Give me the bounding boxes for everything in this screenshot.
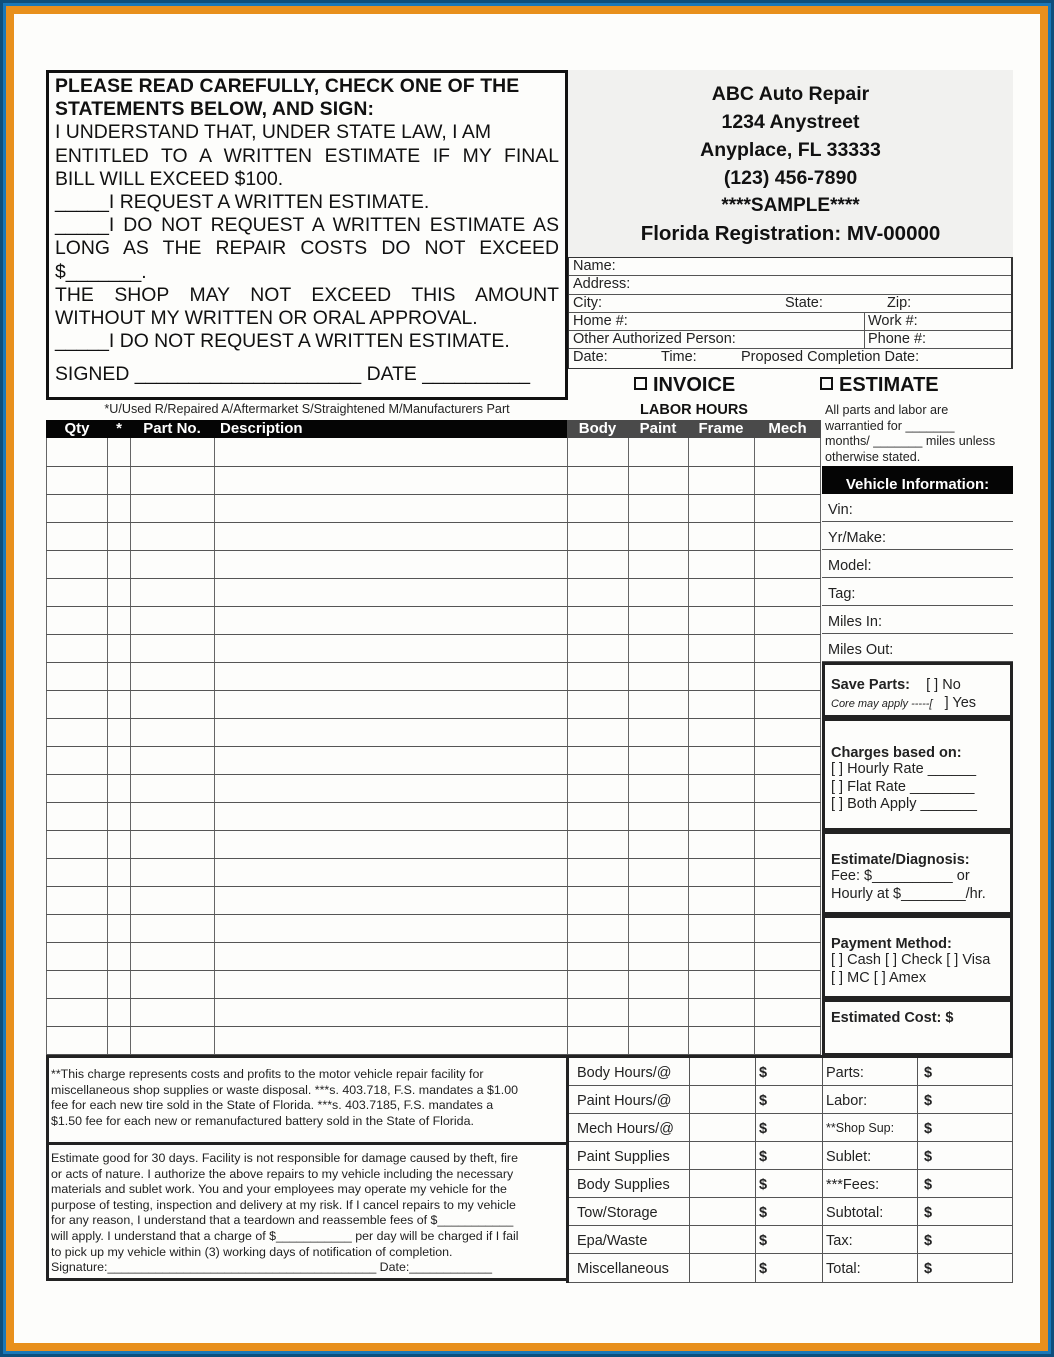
table-row-line (46, 1026, 568, 1027)
diagnosis-fee-field[interactable]: Fee: $__________ or (831, 868, 1010, 886)
charges-title: Charges based on: (831, 745, 1010, 761)
table-row-line (46, 494, 568, 495)
charge-amount-field[interactable]: $ (755, 1142, 822, 1169)
charge-hours-field[interactable] (689, 1058, 755, 1085)
charge-amount-field[interactable]: $ (755, 1114, 822, 1141)
table-row-line (46, 774, 568, 775)
consent-intro: BILL WILL EXCEED $100. (55, 168, 559, 191)
table-row-line (46, 690, 568, 691)
charge-label: Paint Hours/@ (568, 1086, 672, 1113)
yr-make-field[interactable]: Yr/Make: (822, 522, 1013, 550)
table-row-line (46, 942, 568, 943)
option-no-estimate-limit: LONG AS THE REPAIR COSTS DO NOT EXCEED (55, 237, 559, 260)
table-row-line (567, 606, 821, 607)
model-field[interactable]: Model: (822, 550, 1013, 578)
table-row-line (567, 1026, 821, 1027)
table-row-line (46, 718, 568, 719)
shop-name: ABC Auto Repair (568, 80, 1013, 108)
miles-out-field[interactable]: Miles Out: (822, 634, 1013, 662)
table-row-line (46, 550, 568, 551)
charge-hours-field[interactable] (689, 1198, 755, 1225)
table-row-line (46, 578, 568, 579)
charge-amount-field[interactable]: $ (755, 1226, 822, 1253)
payment-method-box: Payment Method: [ ] Cash [ ] Check [ ] V… (822, 915, 1013, 999)
shop-registration: Florida Registration: MV-00000 (568, 220, 1013, 248)
warranty-months-field[interactable]: warrantied for _______ (825, 419, 1010, 435)
table-row-line (567, 466, 821, 467)
table-row-line (46, 606, 568, 607)
table-row-line (567, 522, 821, 523)
storage-fee-field[interactable]: will apply. I understand that a charge o… (51, 1229, 564, 1245)
estimate-diagnosis-title: Estimate/Diagnosis: (831, 852, 1010, 868)
tag-field[interactable]: Tag: (822, 578, 1013, 606)
zip-label: Zip: (887, 295, 911, 312)
other-person-field[interactable]: Other Authorized Person: Phone #: (569, 331, 1011, 349)
estimated-cost-label: Estimated Cost: $ (831, 1010, 1010, 1026)
vehicle-info: Vin: Yr/Make: Model: Tag: Miles In: Mile… (822, 494, 1013, 662)
charge-hours-field[interactable] (689, 1226, 755, 1253)
warranty-text: All parts and labor are warrantied for _… (822, 402, 1013, 466)
labor-hours-title: LABOR HOURS (567, 402, 821, 418)
table-row-line (567, 830, 821, 831)
charge-amount-field[interactable]: $ (755, 1198, 822, 1225)
payment-title: Payment Method: (831, 936, 1010, 952)
shop-street: 1234 Anystreet (568, 108, 1013, 136)
option-no-estimate-limit[interactable]: _____I DO NOT REQUEST A WRITTEN ESTIMATE… (55, 214, 559, 237)
estimate-checkbox[interactable]: ESTIMATE (820, 374, 939, 397)
consent-heading: STATEMENTS BELOW, AND SIGN: (55, 98, 559, 121)
charge-label: Body Supplies (568, 1170, 670, 1197)
authorization-signature-field[interactable]: Signature:______________________________… (51, 1260, 564, 1276)
estimate-diagnosis-box: Estimate/Diagnosis: Fee: $__________ or … (822, 831, 1013, 915)
other-phone-field[interactable]: Phone #: (864, 331, 926, 348)
col-part-no: Part No. (130, 420, 214, 438)
col-mech: Mech (754, 420, 821, 438)
option-request-estimate[interactable]: _____I REQUEST A WRITTEN ESTIMATE. (55, 191, 559, 214)
totals-row: Paint Hours/@$Labor:$ (568, 1086, 1012, 1114)
limit-amount-field[interactable]: $_______. (55, 261, 559, 284)
table-row-line (567, 886, 821, 887)
charges-box: Charges based on: [ ] Hourly Rate ______… (822, 718, 1013, 831)
table-row-line (46, 858, 568, 859)
charge-hours-field[interactable] (689, 1254, 755, 1282)
total-amount-field[interactable]: $ (917, 1254, 1012, 1282)
table-row-line (46, 914, 568, 915)
totals-row: Miscellaneous$Total:$ (568, 1254, 1012, 1282)
core-note: Core may apply -----[ (831, 698, 932, 710)
flat-rate-checkbox[interactable]: [ ] Flat Rate ________ (831, 779, 1010, 797)
document-type: INVOICE ESTIMATE (568, 370, 1013, 400)
city-label: City: (573, 295, 602, 311)
table-row-line (567, 746, 821, 747)
col-paint: Paint (628, 420, 688, 438)
checkbox-icon (634, 377, 647, 390)
table-row-line (46, 998, 568, 999)
customer-info: Name: Address: City: State: Zip: Home #:… (568, 257, 1013, 369)
charge-amount-field[interactable]: $ (755, 1086, 822, 1113)
totals-row: Paint Supplies$Sublet:$ (568, 1142, 1012, 1170)
table-row-line (567, 718, 821, 719)
charge-hours-field[interactable] (689, 1170, 755, 1197)
table-row-line (567, 970, 821, 971)
divider (566, 1055, 569, 1283)
date-time-row[interactable]: Date: Time: Proposed Completion Date: (569, 349, 1011, 367)
charge-amount-field[interactable]: $ (755, 1254, 822, 1282)
total-amount-field[interactable]: $ (917, 1226, 1012, 1253)
table-row-line (567, 578, 821, 579)
teardown-fee-field[interactable]: for any reason, I understand that a tear… (51, 1213, 564, 1229)
table-row-line (46, 634, 568, 635)
total-label: **Shop Sup: (822, 1114, 917, 1141)
totals-row: Mech Hours/@$**Shop Sup:$ (568, 1114, 1012, 1142)
table-row-line (567, 998, 821, 999)
total-label: Subtotal: (822, 1198, 917, 1225)
time-label: Time: (661, 349, 697, 366)
estimate-consent-box: PLEASE READ CAREFULLY, CHECK ONE OF THE … (46, 70, 568, 400)
table-row-line (46, 970, 568, 971)
payment-options-row1[interactable]: [ ] Cash [ ] Check [ ] Visa (831, 952, 1010, 970)
charge-label: Body Hours/@ (568, 1058, 672, 1085)
option-no-estimate[interactable]: _____I DO NOT REQUEST A WRITTEN ESTIMATE… (55, 330, 559, 353)
table-row-line (567, 634, 821, 635)
totals-row: Body Hours/@$Parts:$ (568, 1058, 1012, 1086)
miles-in-field[interactable]: Miles In: (822, 606, 1013, 634)
save-parts-no-checkbox[interactable]: [ ] No (926, 677, 961, 693)
diagnosis-hourly-field[interactable]: Hourly at $________/hr. (831, 886, 1010, 904)
total-amount-field[interactable]: $ (917, 1114, 1012, 1141)
charge-amount-field[interactable]: $ (755, 1170, 822, 1197)
labor-table-header: Body Paint Frame Mech (567, 420, 821, 438)
total-amount-field[interactable]: $ (917, 1058, 1012, 1085)
table-row-line (567, 774, 821, 775)
consent-heading: PLEASE READ CAREFULLY, CHECK ONE OF THE (55, 75, 559, 98)
consent-limit-text: THE SHOP MAY NOT EXCEED THIS AMOUNT (55, 284, 559, 307)
table-row-line (46, 746, 568, 747)
col-code: * (108, 420, 130, 438)
charge-hours-field[interactable] (689, 1114, 755, 1141)
both-apply-checkbox[interactable]: [ ] Both Apply _______ (831, 796, 1010, 814)
state-label: State: (785, 295, 823, 312)
shop-header: ABC Auto Repair 1234 Anystreet Anyplace,… (568, 70, 1013, 258)
col-frame: Frame (688, 420, 754, 438)
shop-phone: (123) 456-7890 (568, 164, 1013, 192)
address-field[interactable]: Address: (569, 276, 1011, 294)
charge-label: Paint Supplies (568, 1142, 670, 1169)
total-label: Total: (822, 1254, 917, 1282)
totals-row: Epa/Waste$Tax:$ (568, 1226, 1012, 1254)
completion-date-label: Proposed Completion Date: (741, 349, 919, 366)
city-state-zip-row[interactable]: City: State: Zip: (569, 295, 1011, 313)
vehicle-info-header: Vehicle Information: (822, 466, 1013, 494)
table-row-line (567, 550, 821, 551)
charge-hours-field[interactable] (689, 1086, 755, 1113)
table-row-line (567, 494, 821, 495)
col-description: Description (220, 420, 303, 438)
shop-city: Anyplace, FL 33333 (568, 136, 1013, 164)
table-row-line (567, 690, 821, 691)
table-row-line (567, 914, 821, 915)
save-parts-title: Save Parts: (831, 677, 910, 693)
total-label: ***Fees: (822, 1170, 917, 1197)
checkbox-icon (820, 377, 833, 390)
totals-row: Body Supplies$***Fees:$ (568, 1170, 1012, 1198)
charge-label: Epa/Waste (568, 1226, 647, 1253)
save-parts-yes-checkbox[interactable]: ] Yes (945, 695, 976, 711)
total-label: Sublet: (822, 1142, 917, 1169)
parts-table-header: Qty * Part No. Description (46, 420, 568, 438)
charge-label: Mech Hours/@ (568, 1114, 674, 1141)
invoice-checkbox[interactable]: INVOICE (634, 374, 735, 397)
home-phone-field[interactable]: Home #: Work #: (569, 313, 1011, 331)
charge-hours-field[interactable] (689, 1142, 755, 1169)
charge-label: Miscellaneous (568, 1254, 669, 1282)
total-label: Labor: (822, 1086, 917, 1113)
charge-amount-field[interactable]: $ (755, 1058, 822, 1085)
charge-label: Tow/Storage (568, 1198, 658, 1225)
table-row-line (567, 858, 821, 859)
total-amount-field[interactable]: $ (917, 1142, 1012, 1169)
table-row-line (567, 802, 821, 803)
payment-options-row2[interactable]: [ ] MC [ ] Amex (831, 970, 1010, 988)
col-body: Body (567, 420, 628, 438)
warranty-miles-field[interactable]: months/ _______ miles unless (825, 434, 1010, 450)
total-label: Parts: (822, 1058, 917, 1085)
table-row-line (46, 466, 568, 467)
divider (46, 1055, 1013, 1058)
table-row-line (46, 662, 568, 663)
work-phone-field[interactable]: Work #: (864, 313, 918, 330)
table-row-line (567, 662, 821, 663)
total-amount-field[interactable]: $ (917, 1170, 1012, 1197)
shop-supplies-note: **This charge represents costs and profi… (46, 1055, 567, 1145)
authorization-note: Estimate good for 30 days. Facility is n… (46, 1145, 567, 1281)
total-amount-field[interactable]: $ (917, 1086, 1012, 1113)
consent-intro: I UNDERSTAND THAT, UNDER STATE LAW, I AM (55, 121, 559, 144)
total-amount-field[interactable]: $ (917, 1198, 1012, 1225)
date-label: Date: (573, 349, 608, 365)
labor-table[interactable] (567, 438, 821, 1054)
consent-intro: ENTITLED TO A WRITTEN ESTIMATE IF MY FIN… (55, 145, 559, 168)
table-row-line (46, 802, 568, 803)
col-qty: Qty (46, 420, 108, 438)
consent-signature-line[interactable]: SIGNED _____________________ DATE ______… (55, 363, 559, 386)
totals-table: Body Hours/@$Parts:$Paint Hours/@$Labor:… (567, 1058, 1013, 1283)
consent-limit-text: WITHOUT MY WRITTEN OR ORAL APPROVAL. (55, 307, 559, 330)
part-code-legend: *U/Used R/Repaired A/Aftermarket S/Strai… (48, 402, 566, 416)
estimated-cost-box[interactable]: Estimated Cost: $ (822, 999, 1013, 1056)
vin-field[interactable]: Vin: (822, 494, 1013, 522)
name-field[interactable]: Name: (569, 258, 1011, 276)
table-row-line (46, 830, 568, 831)
hourly-rate-checkbox[interactable]: [ ] Hourly Rate ______ (831, 761, 1010, 779)
sample-watermark: ****SAMPLE**** (568, 192, 1013, 220)
save-parts-box: Save Parts: [ ] No Core may apply -----[… (822, 662, 1013, 718)
totals-row: Tow/Storage$Subtotal:$ (568, 1198, 1012, 1226)
table-row-line (46, 886, 568, 887)
parts-table[interactable] (46, 438, 568, 1054)
table-row-line (567, 942, 821, 943)
table-row-line (46, 522, 568, 523)
total-label: Tax: (822, 1226, 917, 1253)
